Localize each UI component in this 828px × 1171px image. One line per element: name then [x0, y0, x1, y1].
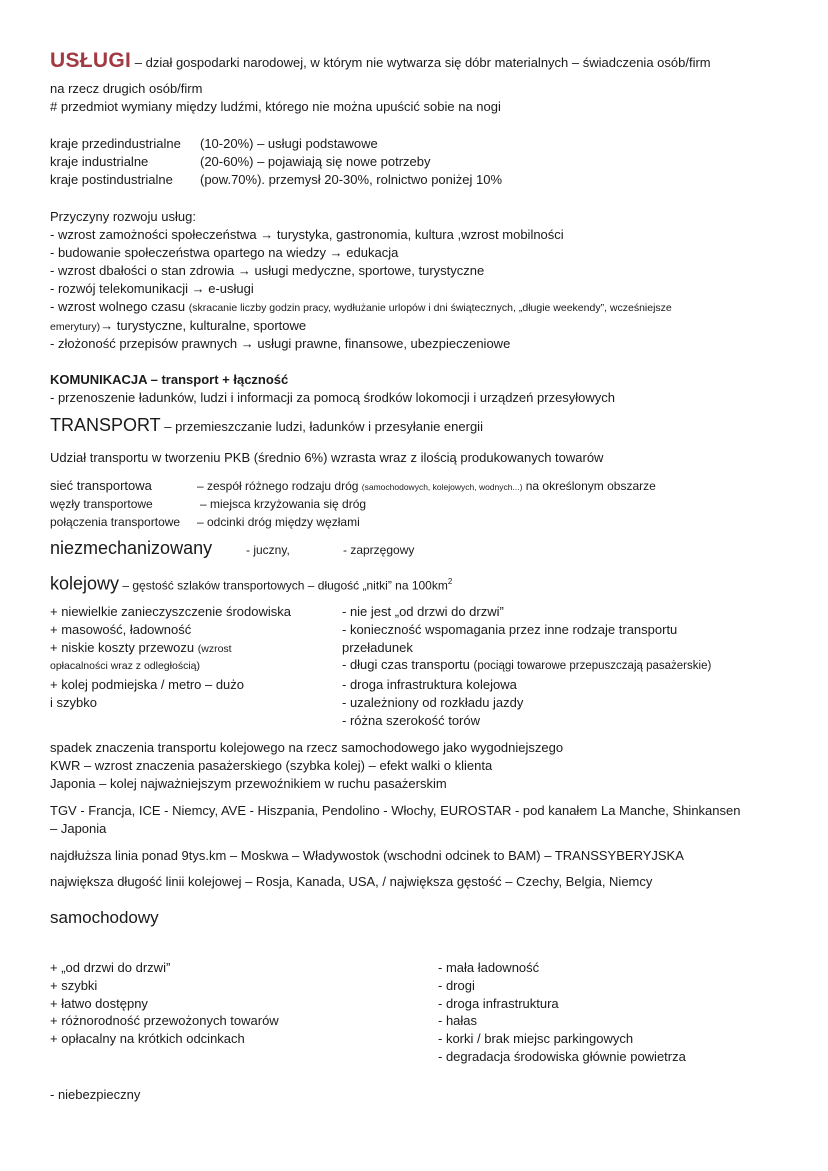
samochodowy-pros: + „od drzwi do drzwi” + szybki + łatwo d… — [50, 959, 279, 1048]
pro-item: + niewielkie zanieczyszczenie środowiska — [50, 603, 291, 621]
komunikacja-heading: KOMUNIKACJA – transport + łączność — [50, 371, 288, 388]
con-item: - degradacja środowiska głównie powietrz… — [438, 1048, 686, 1066]
leisure-main: - wzrost wolnego czasu — [50, 299, 189, 314]
samochodowy-extra: - niebezpieczny — [50, 1086, 140, 1103]
con-item: - korki / brak miejsc parkingowych — [438, 1030, 686, 1048]
transport-term-row: połączenia transportowe– odcinki dróg mi… — [50, 513, 360, 531]
transport-term-row: węzły transportowe– miejsca krzyżowania … — [50, 495, 366, 513]
term-label: węzły transportowe — [50, 496, 200, 513]
con-item: - konieczność wspomagania przez inne rod… — [342, 621, 711, 639]
cause-item-leisure: - wzrost wolnego czasu (skracanie liczby… — [50, 298, 672, 317]
pro-item: + kolej podmiejska / metro – dużo — [50, 676, 291, 694]
transport-definition: – przemieszczanie ludzi, ładunków i prze… — [161, 419, 483, 434]
term-def: – odcinki dróg między węzłami — [197, 515, 360, 529]
term-label: sieć transportowa — [50, 477, 197, 494]
leisure-detail: (skracanie liczby godzin pracy, wydłużan… — [189, 302, 672, 314]
transport-term-row: sieć transportowa– zespół różnego rodzaj… — [50, 477, 656, 496]
pro-item: + różnorodność przewożonych towarów — [50, 1012, 279, 1030]
samochodowy-cons: - mała ładowność - drogi - droga infrast… — [438, 959, 686, 1066]
superscript: 2 — [448, 577, 452, 586]
cause-item: - wzrost dbałości o stan zdrowia → usług… — [50, 262, 484, 279]
leisure-result: → turystyczne, kulturalne, sportowe — [100, 318, 306, 333]
con-text: - długi czas transportu — [342, 657, 474, 672]
pro-item: + masowość, ładowność — [50, 621, 291, 639]
con-item: - długi czas transportu (pociągi towarow… — [342, 656, 711, 676]
leisure-detail-cont: emerytury) — [50, 321, 100, 333]
transport-title: TRANSPORT — [50, 415, 161, 435]
kolejowy-definition: – gęstość szlaków transportowych – długo… — [119, 578, 448, 592]
uslugi-note: # przedmiot wymiany między ludźmi, które… — [50, 98, 501, 115]
term-def-small: (samochodowych, kolejowych, wodnych...) — [362, 482, 523, 492]
con-item: - uzależniony od rozkładu jazdy — [342, 694, 711, 712]
con-item: - różna szerokość torów — [342, 712, 711, 730]
kolejowy-note: Japonia – kolej najważniejszym przewoźni… — [50, 775, 447, 792]
cause-item-leisure-cont: emerytury)→ turystyczne, kulturalne, spo… — [50, 317, 306, 336]
kolejowy-trains-cont: – Japonia — [50, 820, 106, 837]
country-row: kraje przedindustrialne(10-20%) – usługi… — [50, 135, 378, 152]
country-label: kraje przedindustrialne — [50, 135, 200, 152]
kolejowy-note: spadek znaczenia transportu kolejowego n… — [50, 739, 563, 756]
pro-item: + szybki — [50, 977, 279, 995]
pro-text: + niskie koszty przewozu — [50, 640, 198, 655]
kolejowy-note: KWR – wzrost znaczenia pasażerskiego (sz… — [50, 757, 492, 774]
kolejowy-pros: + niewielkie zanieczyszczenie środowiska… — [50, 603, 291, 712]
country-value: (pow.70%). przemysł 20-30%, rolnictwo po… — [200, 172, 502, 187]
con-item-cont: przeładunek — [342, 639, 711, 657]
cause-item: - rozwój telekomunikacji → e-usługi — [50, 280, 254, 297]
con-item: - drogi — [438, 977, 686, 995]
pro-item: + łatwo dostępny — [50, 995, 279, 1013]
uslugi-title: USŁUGI — [50, 49, 131, 72]
term-def-post: na określonym obszarze — [522, 479, 655, 493]
con-item: - hałas — [438, 1012, 686, 1030]
niezmechanizowany-line: niezmechanizowany- juczny,- zaprzęgowy — [50, 540, 414, 559]
term-def: – miejsca krzyżowania się dróg — [200, 497, 366, 511]
pro-item: + „od drzwi do drzwi” — [50, 959, 279, 977]
con-item: - mała ładowność — [438, 959, 686, 977]
country-row: kraje industrialne(20-60%) – pojawiają s… — [50, 153, 431, 170]
transport-pkb: Udział transportu w tworzeniu PKB (średn… — [50, 449, 603, 466]
country-value: (10-20%) – usługi podstawowe — [200, 136, 378, 151]
cause-item: - złożoność przepisów prawnych → usługi … — [50, 335, 510, 352]
kolejowy-title: kolejowy — [50, 573, 119, 593]
country-value: (20-60%) – pojawiają się nowe potrzeby — [200, 154, 431, 169]
pro-item-cont: opłacalności wraz z odległością) — [50, 658, 291, 676]
uslugi-definition-line: USŁUGI – dział gospodarki narodowej, w k… — [50, 52, 711, 71]
country-label: kraje postindustrialne — [50, 171, 200, 188]
pro-item-cont: i szybko — [50, 694, 291, 712]
country-row: kraje postindustrialne(pow.70%). przemys… — [50, 171, 502, 188]
kolejowy-longest: najdłuższa linia ponad 9tys.km – Moskwa … — [50, 847, 684, 864]
con-small: (pociągi towarowe przepuszczają pasażers… — [474, 660, 712, 672]
causes-heading: Przyczyny rozwoju usług: — [50, 208, 196, 225]
con-item: - nie jest „od drzwi do drzwi” — [342, 603, 711, 621]
kolejowy-trains: TGV - Francja, ICE - Niemcy, AVE - Hiszp… — [50, 802, 740, 819]
pro-item: + opłacalny na krótkich odcinkach — [50, 1030, 279, 1048]
con-item: - droga infrastruktura — [438, 995, 686, 1013]
uslugi-definition: – dział gospodarki narodowej, w którym n… — [131, 55, 710, 70]
niezmechanizowany-title: niezmechanizowany — [50, 540, 246, 557]
kolejowy-largest: największa długość linii kolejowej – Ros… — [50, 873, 652, 890]
country-label: kraje industrialne — [50, 153, 200, 170]
pro-item: + niskie koszty przewozu (wzrost — [50, 639, 291, 659]
con-item: - droga infrastruktura kolejowa — [342, 676, 711, 694]
cause-item: - wzrost zamożności społeczeństwa → tury… — [50, 226, 564, 243]
uslugi-definition-cont: na rzecz drugich osób/firm — [50, 80, 202, 97]
komunikacja-definition: - przenoszenie ładunków, ludzi i informa… — [50, 389, 615, 406]
kolejowy-line: kolejowy – gęstość szlaków transportowyc… — [50, 573, 452, 594]
pro-small: (wzrost — [198, 643, 232, 655]
samochodowy-title: samochodowy — [50, 909, 159, 926]
cause-item: - budowanie społeczeństwa opartego na wi… — [50, 244, 398, 261]
kolejowy-cons: - nie jest „od drzwi do drzwi” - koniecz… — [342, 603, 711, 730]
niezmechanizowany-item: - juczny, — [246, 542, 343, 559]
niezmechanizowany-item: - zaprzęgowy — [343, 543, 414, 557]
transport-line: TRANSPORT – przemieszczanie ludzi, ładun… — [50, 417, 483, 435]
term-label: połączenia transportowe — [50, 514, 197, 531]
term-def: – zespół różnego rodzaju dróg — [197, 479, 362, 493]
